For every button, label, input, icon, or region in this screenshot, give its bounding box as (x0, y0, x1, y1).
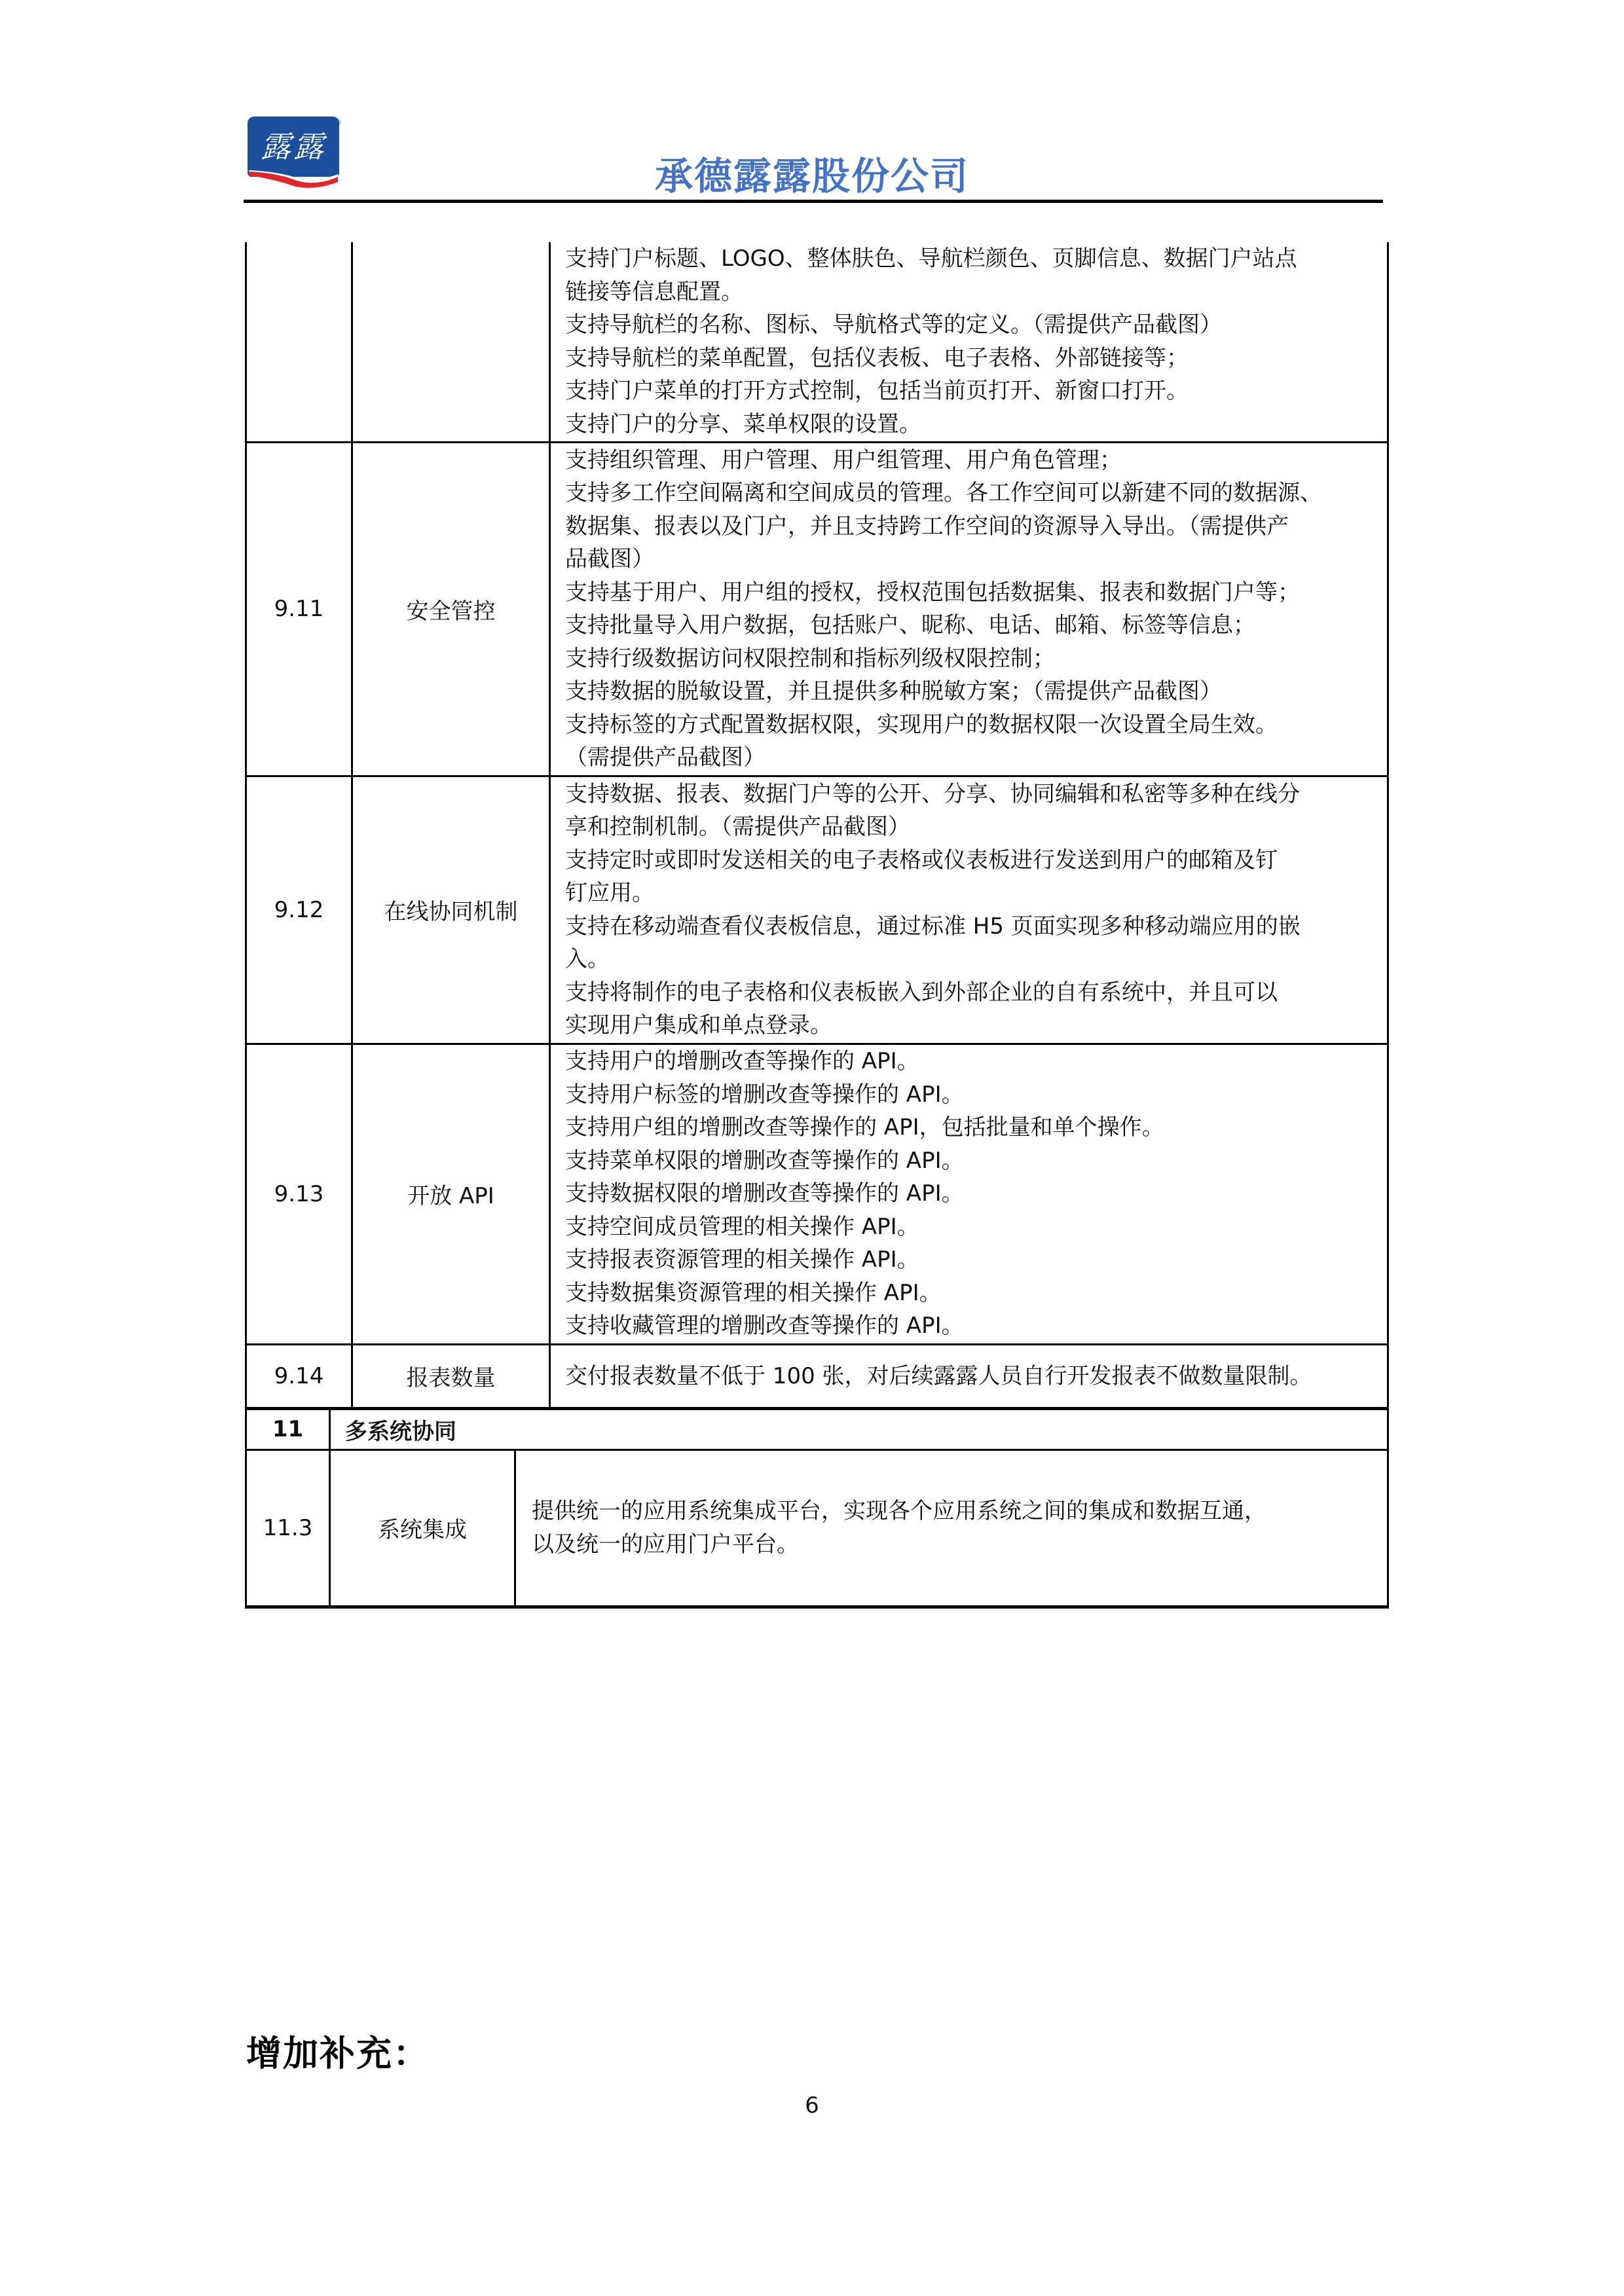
description-line: （需提供产品截图） (565, 741, 1378, 774)
description-line: 品截图） (565, 543, 1378, 576)
row-description: 支持用户的增删改查等操作的 API。 支持用户标签的增删改查等操作的 API。 … (550, 1044, 1388, 1344)
description-line: 入。 (565, 943, 1378, 976)
supplement-heading: 增加补充： (246, 2026, 430, 2076)
section-number: 11 (246, 1409, 330, 1449)
description-line: 支持标签的方式配置数据权限，实现用户的数据权限一次设置全局生效。 (565, 708, 1378, 742)
section-title: 多系统协同 (330, 1409, 1388, 1449)
page-number: 6 (0, 2092, 1624, 2119)
description-line: 享和控制机制。（需提供产品截图） (565, 811, 1378, 844)
description-line: 支持数据集资源管理的相关操作 API。 (565, 1277, 1378, 1310)
description-line: 支持空间成员管理的相关操作 API。 (565, 1211, 1378, 1244)
description-line: 实现用户集成和单点登录。 (565, 1009, 1378, 1042)
description-line: 钉应用。 (565, 877, 1378, 910)
description-line: 支持将制作的电子表格和仪表板嵌入到外部企业的自有系统中，并且可以 (565, 976, 1378, 1010)
row-name: 报表数量 (352, 1344, 550, 1408)
description-line: 支持定时或即时发送相关的电子表格或仪表板进行发送到用户的邮箱及钉 (565, 844, 1378, 877)
description-line: 以及统一的应用门户平台。 (532, 1528, 1378, 1561)
table-row-continued: 支持门户标题、LOGO、整体肤色、导航栏颜色、页脚信息、数据门户站点 链接等信息… (246, 242, 1388, 442)
description-line: 支持行级数据访问权限控制和指标列级权限控制； (565, 642, 1378, 676)
row-description: 支持数据、报表、数据门户等的公开、分享、协同编辑和私密等多种在线分 享和控制机制… (550, 776, 1388, 1044)
description-line: 支持数据、报表、数据门户等的公开、分享、协同编辑和私密等多种在线分 (565, 778, 1378, 811)
table-row: 11.3 系统集成 提供统一的应用系统集成平台，实现各个应用系统之间的集成和数据… (246, 1449, 1388, 1607)
row-name: 开放 API (352, 1044, 550, 1344)
company-title: 承德露露股份公司 (0, 145, 1624, 200)
description-line: 支持门户菜单的打开方式控制，包括当前页打开、新窗口打开。 (565, 374, 1378, 408)
description-line: 支持基于用户、用户组的授权，授权范围包括数据集、报表和数据门户等； (565, 576, 1378, 610)
table-row: 9.11 安全管控 支持组织管理、用户管理、用户组管理、用户角色管理； 支持多工… (246, 442, 1388, 776)
requirements-table: 支持门户标题、LOGO、整体肤色、导航栏颜色、页脚信息、数据门户站点 链接等信息… (245, 242, 1389, 1409)
description-line: 支持用户组的增删改查等操作的 API，包括批量和单个操作。 (565, 1111, 1378, 1144)
row-number: 9.12 (246, 776, 352, 1044)
row-description: 提供统一的应用系统集成平台，实现各个应用系统之间的集成和数据互通， 以及统一的应… (515, 1449, 1388, 1607)
description-line: 支持导航栏的菜单配置，包括仪表板、电子表格、外部链接等； (565, 342, 1378, 375)
header-divider (244, 200, 1383, 203)
row-description: 交付报表数量不低于 100 张，对后续露露人员自行开发报表不做数量限制。 (550, 1344, 1388, 1408)
row-name: 系统集成 (330, 1449, 515, 1607)
row-number: 9.14 (246, 1344, 352, 1408)
description-line: 支持导航栏的名称、图标、导航格式等的定义。（需提供产品截图） (565, 308, 1378, 342)
section-header-row: 11 多系统协同 (246, 1409, 1388, 1449)
description-line: 交付报表数量不低于 100 张，对后续露露人员自行开发报表不做数量限制。 (565, 1360, 1378, 1393)
description-line: 支持门户标题、LOGO、整体肤色、导航栏颜色、页脚信息、数据门户站点 (565, 242, 1378, 276)
description-line: 支持用户标签的增删改查等操作的 API。 (565, 1078, 1378, 1112)
description-line: 支持门户的分享、菜单权限的设置。 (565, 408, 1378, 441)
description-line: 支持报表资源管理的相关操作 API。 (565, 1243, 1378, 1277)
description-line: 支持数据的脱敏设置，并且提供多种脱敏方案；（需提供产品截图） (565, 675, 1378, 708)
row-name: 安全管控 (352, 442, 550, 776)
row-number: 11.3 (246, 1449, 330, 1607)
table-row: 9.13 开放 API 支持用户的增删改查等操作的 API。 支持用户标签的增删… (246, 1044, 1388, 1344)
row-name: 在线协同机制 (352, 776, 550, 1044)
description-line: 支持菜单权限的增删改查等操作的 API。 (565, 1144, 1378, 1178)
row-number: 9.13 (246, 1044, 352, 1344)
row-number: 9.11 (246, 442, 352, 776)
description-line: 支持数据权限的增删改查等操作的 API。 (565, 1177, 1378, 1211)
table-row: 9.12 在线协同机制 支持数据、报表、数据门户等的公开、分享、协同编辑和私密等… (246, 776, 1388, 1044)
row-name (352, 242, 550, 442)
description-line: 支持用户的增删改查等操作的 API。 (565, 1045, 1378, 1078)
description-line: 提供统一的应用系统集成平台，实现各个应用系统之间的集成和数据互通， (532, 1495, 1378, 1528)
description-line: 支持批量导入用户数据，包括账户、昵称、电话、邮箱、标签等信息； (565, 609, 1378, 642)
description-line: 数据集、报表以及门户，并且支持跨工作空间的资源导入导出。（需提供产 (565, 510, 1378, 543)
description-line: 支持多工作空间隔离和空间成员的管理。各工作空间可以新建不同的数据源、 (565, 477, 1378, 510)
registered-mark-icon: ® (334, 118, 342, 127)
description-line: 支持组织管理、用户管理、用户组管理、用户角色管理； (565, 444, 1378, 477)
description-line: 链接等信息配置。 (565, 276, 1378, 309)
row-description: 支持门户标题、LOGO、整体肤色、导航栏颜色、页脚信息、数据门户站点 链接等信息… (550, 242, 1388, 442)
row-number (246, 242, 352, 442)
description-line: 支持在移动端查看仪表板信息，通过标准 H5 页面实现多种移动端应用的嵌 (565, 910, 1378, 943)
table-row: 9.14 报表数量 交付报表数量不低于 100 张，对后续露露人员自行开发报表不… (246, 1344, 1388, 1408)
section-table: 11 多系统协同 11.3 系统集成 提供统一的应用系统集成平台，实现各个应用系… (245, 1408, 1389, 1609)
description-line: 支持收藏管理的增删改查等操作的 API。 (565, 1309, 1378, 1343)
row-description: 支持组织管理、用户管理、用户组管理、用户角色管理； 支持多工作空间隔离和空间成员… (550, 442, 1388, 776)
